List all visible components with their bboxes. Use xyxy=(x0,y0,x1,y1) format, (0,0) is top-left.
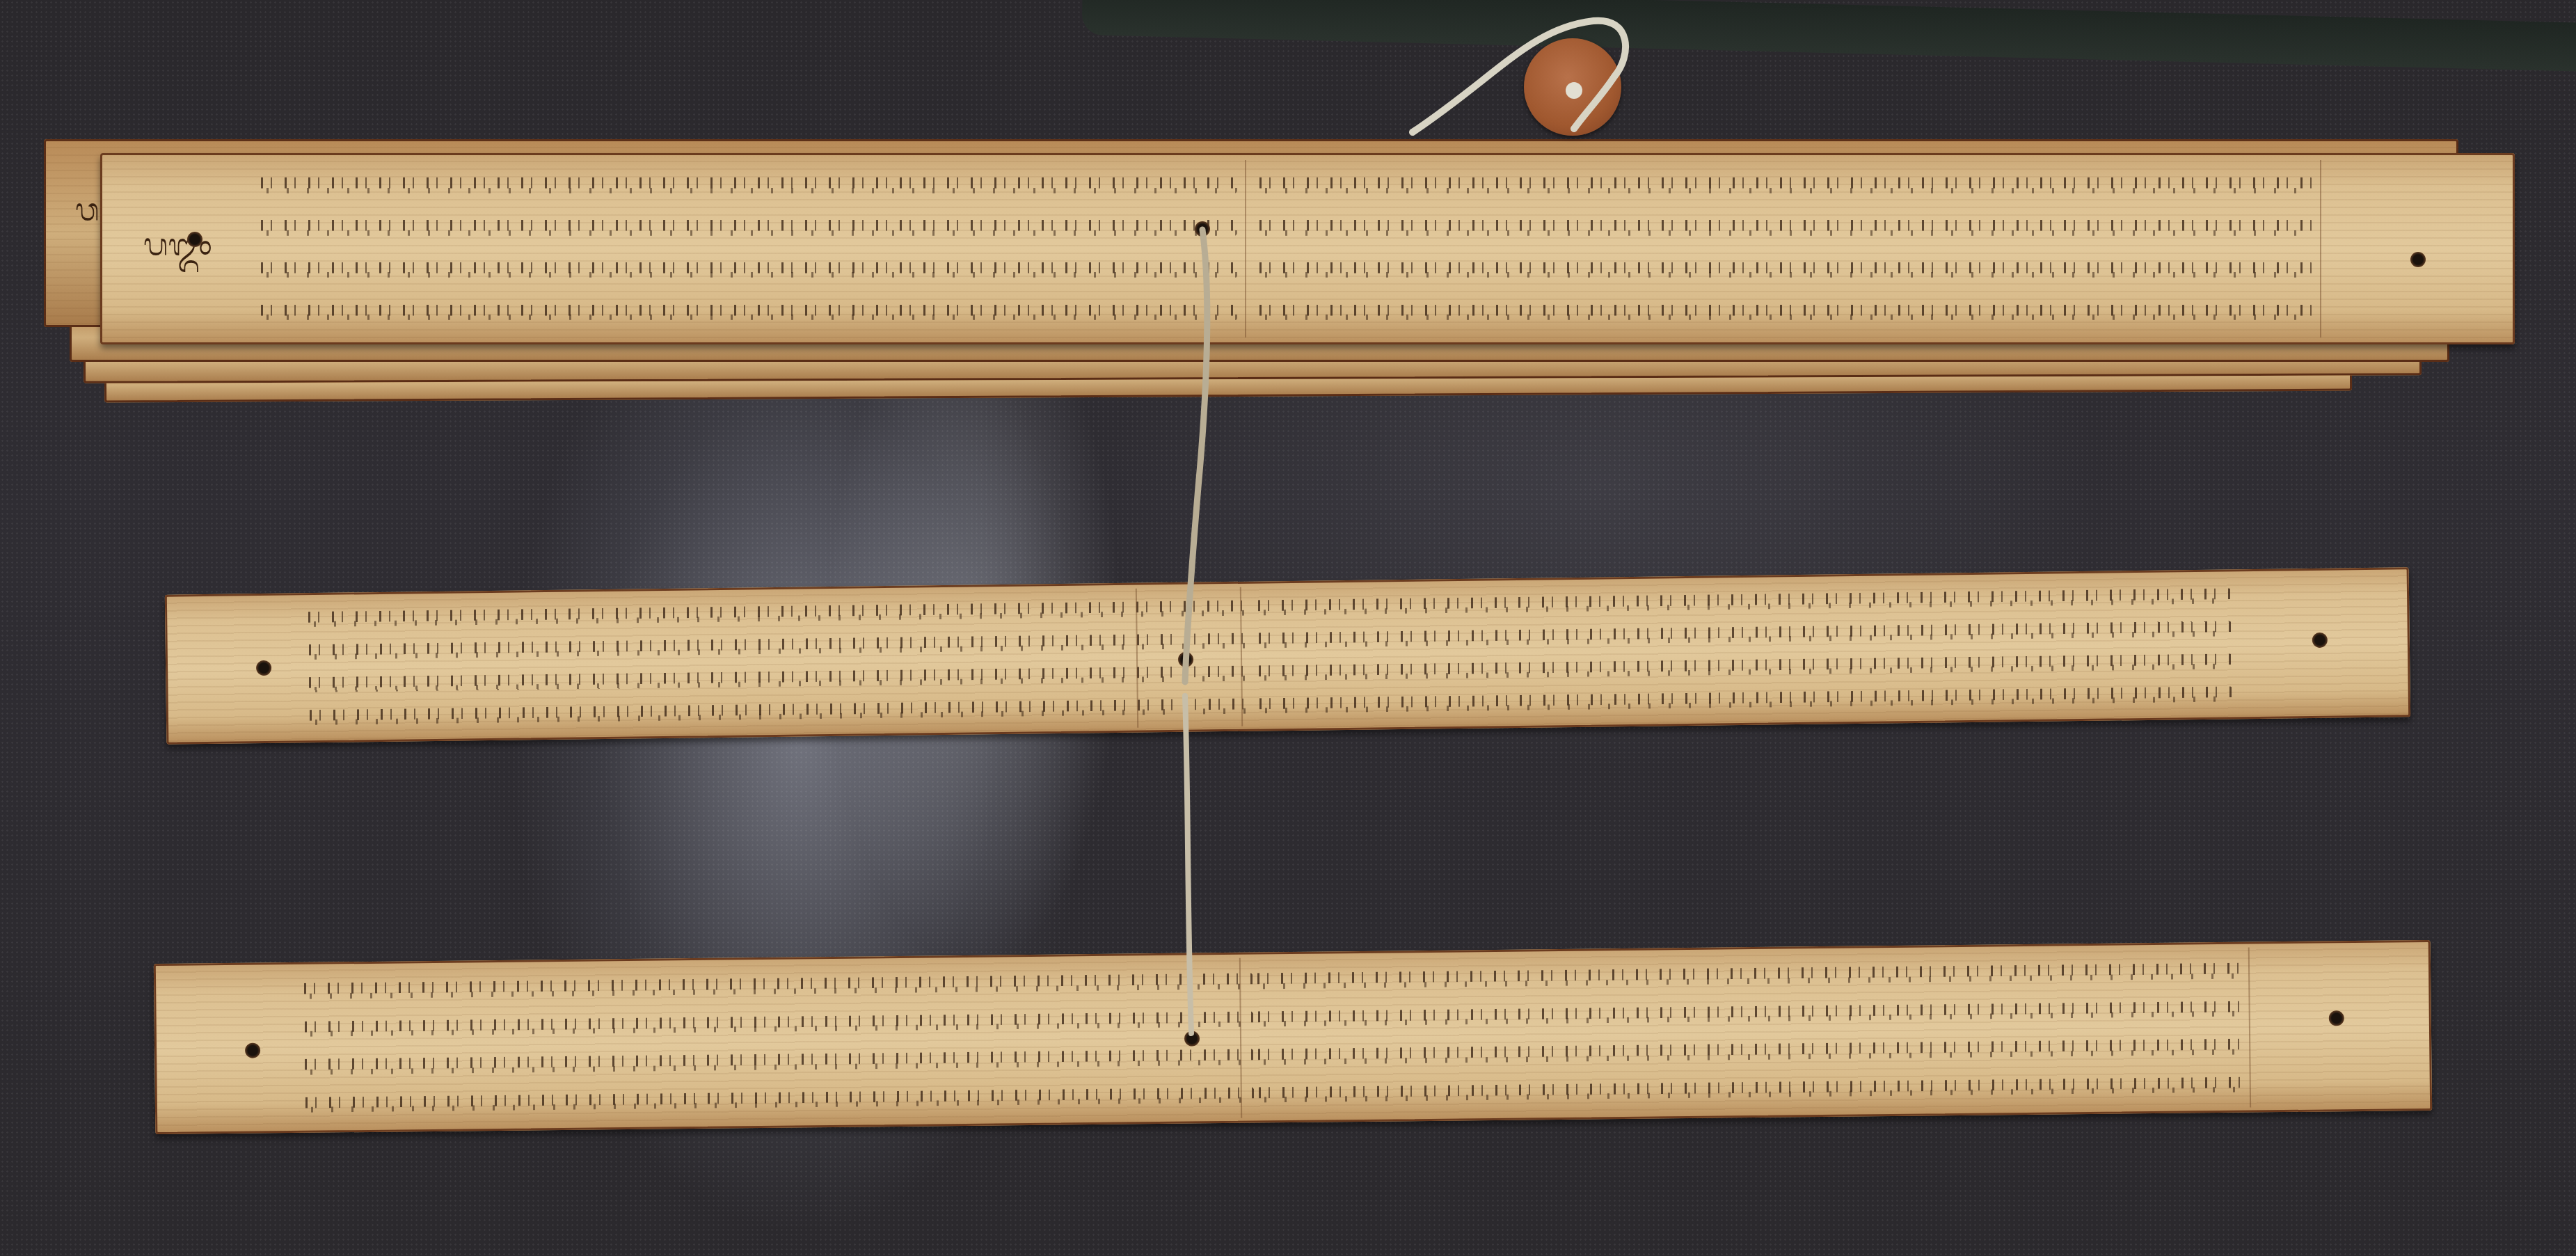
text-block-left xyxy=(297,587,1259,738)
text-block-left xyxy=(293,957,1262,1128)
bottom-leaf xyxy=(154,940,2432,1134)
binding-hole-left xyxy=(256,660,271,676)
kepeng-coin xyxy=(1524,38,1621,136)
top-leaf: ᬧ᭓᭐ xyxy=(100,153,2515,344)
script-line xyxy=(1255,261,2313,279)
text-block-right xyxy=(1247,575,2240,726)
binding-hole-left xyxy=(187,232,202,247)
script-line xyxy=(257,218,1238,237)
script-line xyxy=(1255,685,2233,715)
column-divider xyxy=(2320,160,2321,337)
text-block-right xyxy=(1248,160,2320,337)
binding-hole-right xyxy=(2312,633,2328,648)
script-line xyxy=(300,972,1253,1000)
binding-hole-center xyxy=(1184,1031,1200,1046)
script-line xyxy=(1254,587,2232,617)
middle-leaf xyxy=(165,567,2410,744)
script-line xyxy=(257,261,1238,279)
column-divider xyxy=(1245,160,1246,337)
binding-hole-right xyxy=(2410,252,2426,267)
binding-hole-right xyxy=(2329,1010,2344,1026)
script-line xyxy=(1253,962,2241,990)
binding-hole-left xyxy=(245,1043,260,1058)
script-line xyxy=(1254,999,2242,1028)
script-line xyxy=(1255,218,2313,237)
script-line xyxy=(1254,1038,2242,1066)
script-line xyxy=(1255,303,2313,321)
script-line xyxy=(257,303,1238,321)
script-line xyxy=(304,598,1250,628)
script-line xyxy=(1255,652,2232,682)
script-line xyxy=(305,631,1251,661)
script-line xyxy=(257,176,1238,194)
page-number: ᬧ᭓᭐ xyxy=(143,223,213,278)
script-line xyxy=(1255,176,2313,194)
text-block-left xyxy=(250,160,1245,337)
script-line xyxy=(301,1048,1254,1076)
script-line xyxy=(1255,619,2232,649)
binding-hole-center xyxy=(1178,652,1193,667)
script-line xyxy=(1255,1075,2243,1104)
script-line xyxy=(301,1086,1255,1113)
page-number-back: ᬯ xyxy=(75,188,100,243)
script-line xyxy=(305,697,1252,726)
text-block-right xyxy=(1246,948,2250,1118)
script-line xyxy=(301,1010,1254,1038)
script-line xyxy=(305,664,1251,694)
binding-hole-center xyxy=(1195,221,1210,237)
